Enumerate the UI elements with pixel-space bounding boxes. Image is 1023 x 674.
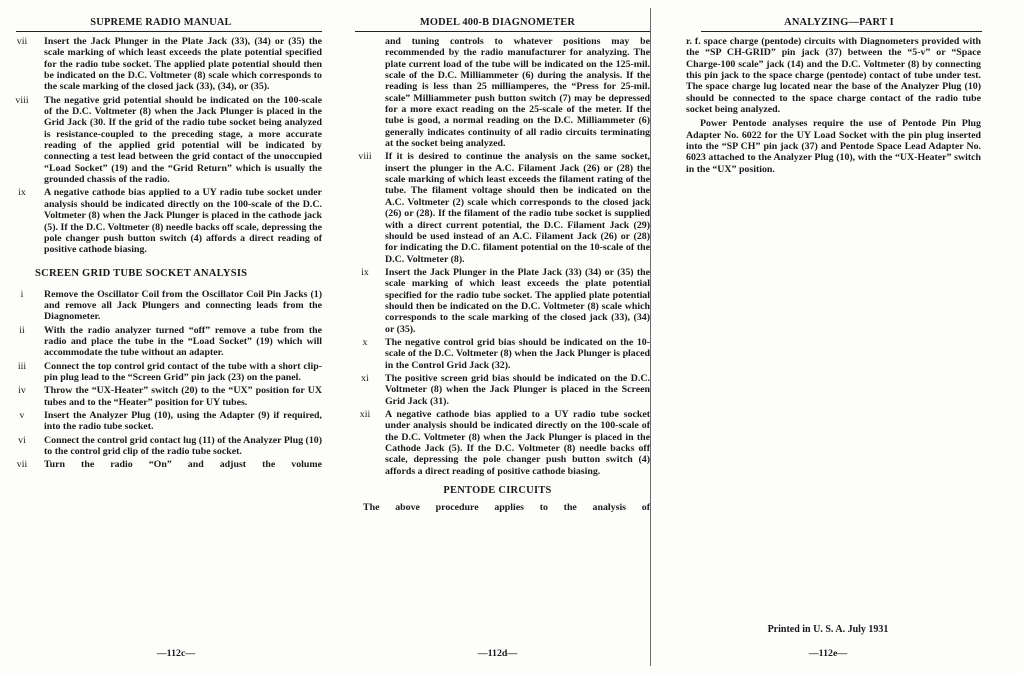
list-item: viiInsert the Jack Plunger in the Plate … <box>0 36 322 93</box>
list-item: xiThe positive screen grid bias should b… <box>345 373 650 407</box>
page-number: —112d— <box>345 648 650 659</box>
list-item: xiiA negative cathode bias applied to a … <box>345 409 650 477</box>
item-text: If it is desired to continue the analysi… <box>385 151 650 264</box>
header-rule <box>701 31 982 32</box>
page-header: MODEL 400-B DIAGNOMETER <box>345 0 650 31</box>
item-text: Connect the control grid contact lug (11… <box>44 435 322 458</box>
page-header: ANALYZING—PART I <box>674 0 1004 31</box>
page-number: —112c— <box>30 648 322 659</box>
item-number: ii <box>0 325 44 359</box>
item-text: Insert the Jack Plunger in the Plate Jac… <box>385 267 650 335</box>
list-item: viiiThe negative grid potential should b… <box>0 95 322 186</box>
list-item: viiTurn the radio “On” and adjust the vo… <box>0 459 322 470</box>
lead-paragraph: and tuning controls to whatever position… <box>385 36 650 149</box>
page-112e: ANALYZING—PART I r. f. space charge (pen… <box>674 0 1004 674</box>
item-number: vii <box>0 36 44 93</box>
list-item: iRemove the Oscillator Coil from the Osc… <box>0 289 322 323</box>
item-text: The negative control grid bias should be… <box>385 337 650 371</box>
item-text: Remove the Oscillator Coil from the Osci… <box>44 289 322 323</box>
page-divider <box>650 8 651 666</box>
item-number: xii <box>345 409 385 477</box>
paragraph: r. f. space charge (pentode) circuits wi… <box>686 36 981 115</box>
item-number: iii <box>0 361 44 384</box>
item-text: Connect the top control grid contact of … <box>44 361 322 384</box>
item-number: x <box>345 337 385 371</box>
item-text: The positive screen grid bias should be … <box>385 373 650 407</box>
list-item: ixInsert the Jack Plunger in the Plate J… <box>345 267 650 335</box>
paragraph: Power Pentode analyses require the use o… <box>686 118 981 175</box>
tail-paragraph: The above procedure applies to the analy… <box>363 502 650 513</box>
page-header: SUPREME RADIO MANUAL <box>0 0 322 31</box>
header-rule <box>16 31 322 32</box>
section-title: PENTODE CIRCUITS <box>345 485 650 496</box>
item-text: Insert the Jack Plunger in the Plate Jac… <box>44 36 322 93</box>
list-item: viConnect the control grid contact lug (… <box>0 435 322 458</box>
item-number: i <box>0 289 44 323</box>
item-list: viiiIf it is desired to continue the ana… <box>345 151 650 477</box>
list-item: xThe negative control grid bias should b… <box>345 337 650 371</box>
list-item: ivThrow the “UX-Heater” switch (20) to t… <box>0 385 322 408</box>
section-title: SCREEN GRID TUBE SOCKET ANALYSIS <box>35 268 322 279</box>
item-text: A negative cathode bias applied to a UY … <box>385 409 650 477</box>
item-text: Throw the “UX-Heater” switch (20) to the… <box>44 385 322 408</box>
list-item: iiWith the radio analyzer turned “off” r… <box>0 325 322 359</box>
item-number: v <box>0 410 44 433</box>
item-number: viii <box>345 151 385 264</box>
page-number: —112e— <box>674 648 982 659</box>
item-number: vi <box>0 435 44 458</box>
page-112c: SUPREME RADIO MANUAL viiInsert the Jack … <box>0 0 322 674</box>
print-notice: Printed in U. S. A. July 1931 <box>674 624 982 635</box>
item-text: A negative cathode bias applied to a UY … <box>44 187 322 255</box>
list-item: ixA negative cathode bias applied to a U… <box>0 187 322 255</box>
list-item: iiiConnect the top control grid contact … <box>0 361 322 384</box>
item-number: ix <box>0 187 44 255</box>
item-number: vii <box>0 459 44 470</box>
item-text: The negative grid potential should be in… <box>44 95 322 186</box>
item-number: xi <box>345 373 385 407</box>
item-number: viii <box>0 95 44 186</box>
list-item: vInsert the Analyzer Plug (10), using th… <box>0 410 322 433</box>
item-text: Insert the Analyzer Plug (10), using the… <box>44 410 322 433</box>
item-text: With the radio analyzer turned “off” rem… <box>44 325 322 359</box>
item-number: iv <box>0 385 44 408</box>
item-list-top: viiInsert the Jack Plunger in the Plate … <box>0 36 322 256</box>
item-text: Turn the radio “On” and adjust the volum… <box>44 459 322 470</box>
header-rule <box>355 31 650 32</box>
item-list-bottom: iRemove the Oscillator Coil from the Osc… <box>0 289 322 471</box>
item-number: ix <box>345 267 385 335</box>
list-item: viiiIf it is desired to continue the ana… <box>345 151 650 264</box>
page-112d: MODEL 400-B DIAGNOMETER and tuning contr… <box>345 0 650 674</box>
